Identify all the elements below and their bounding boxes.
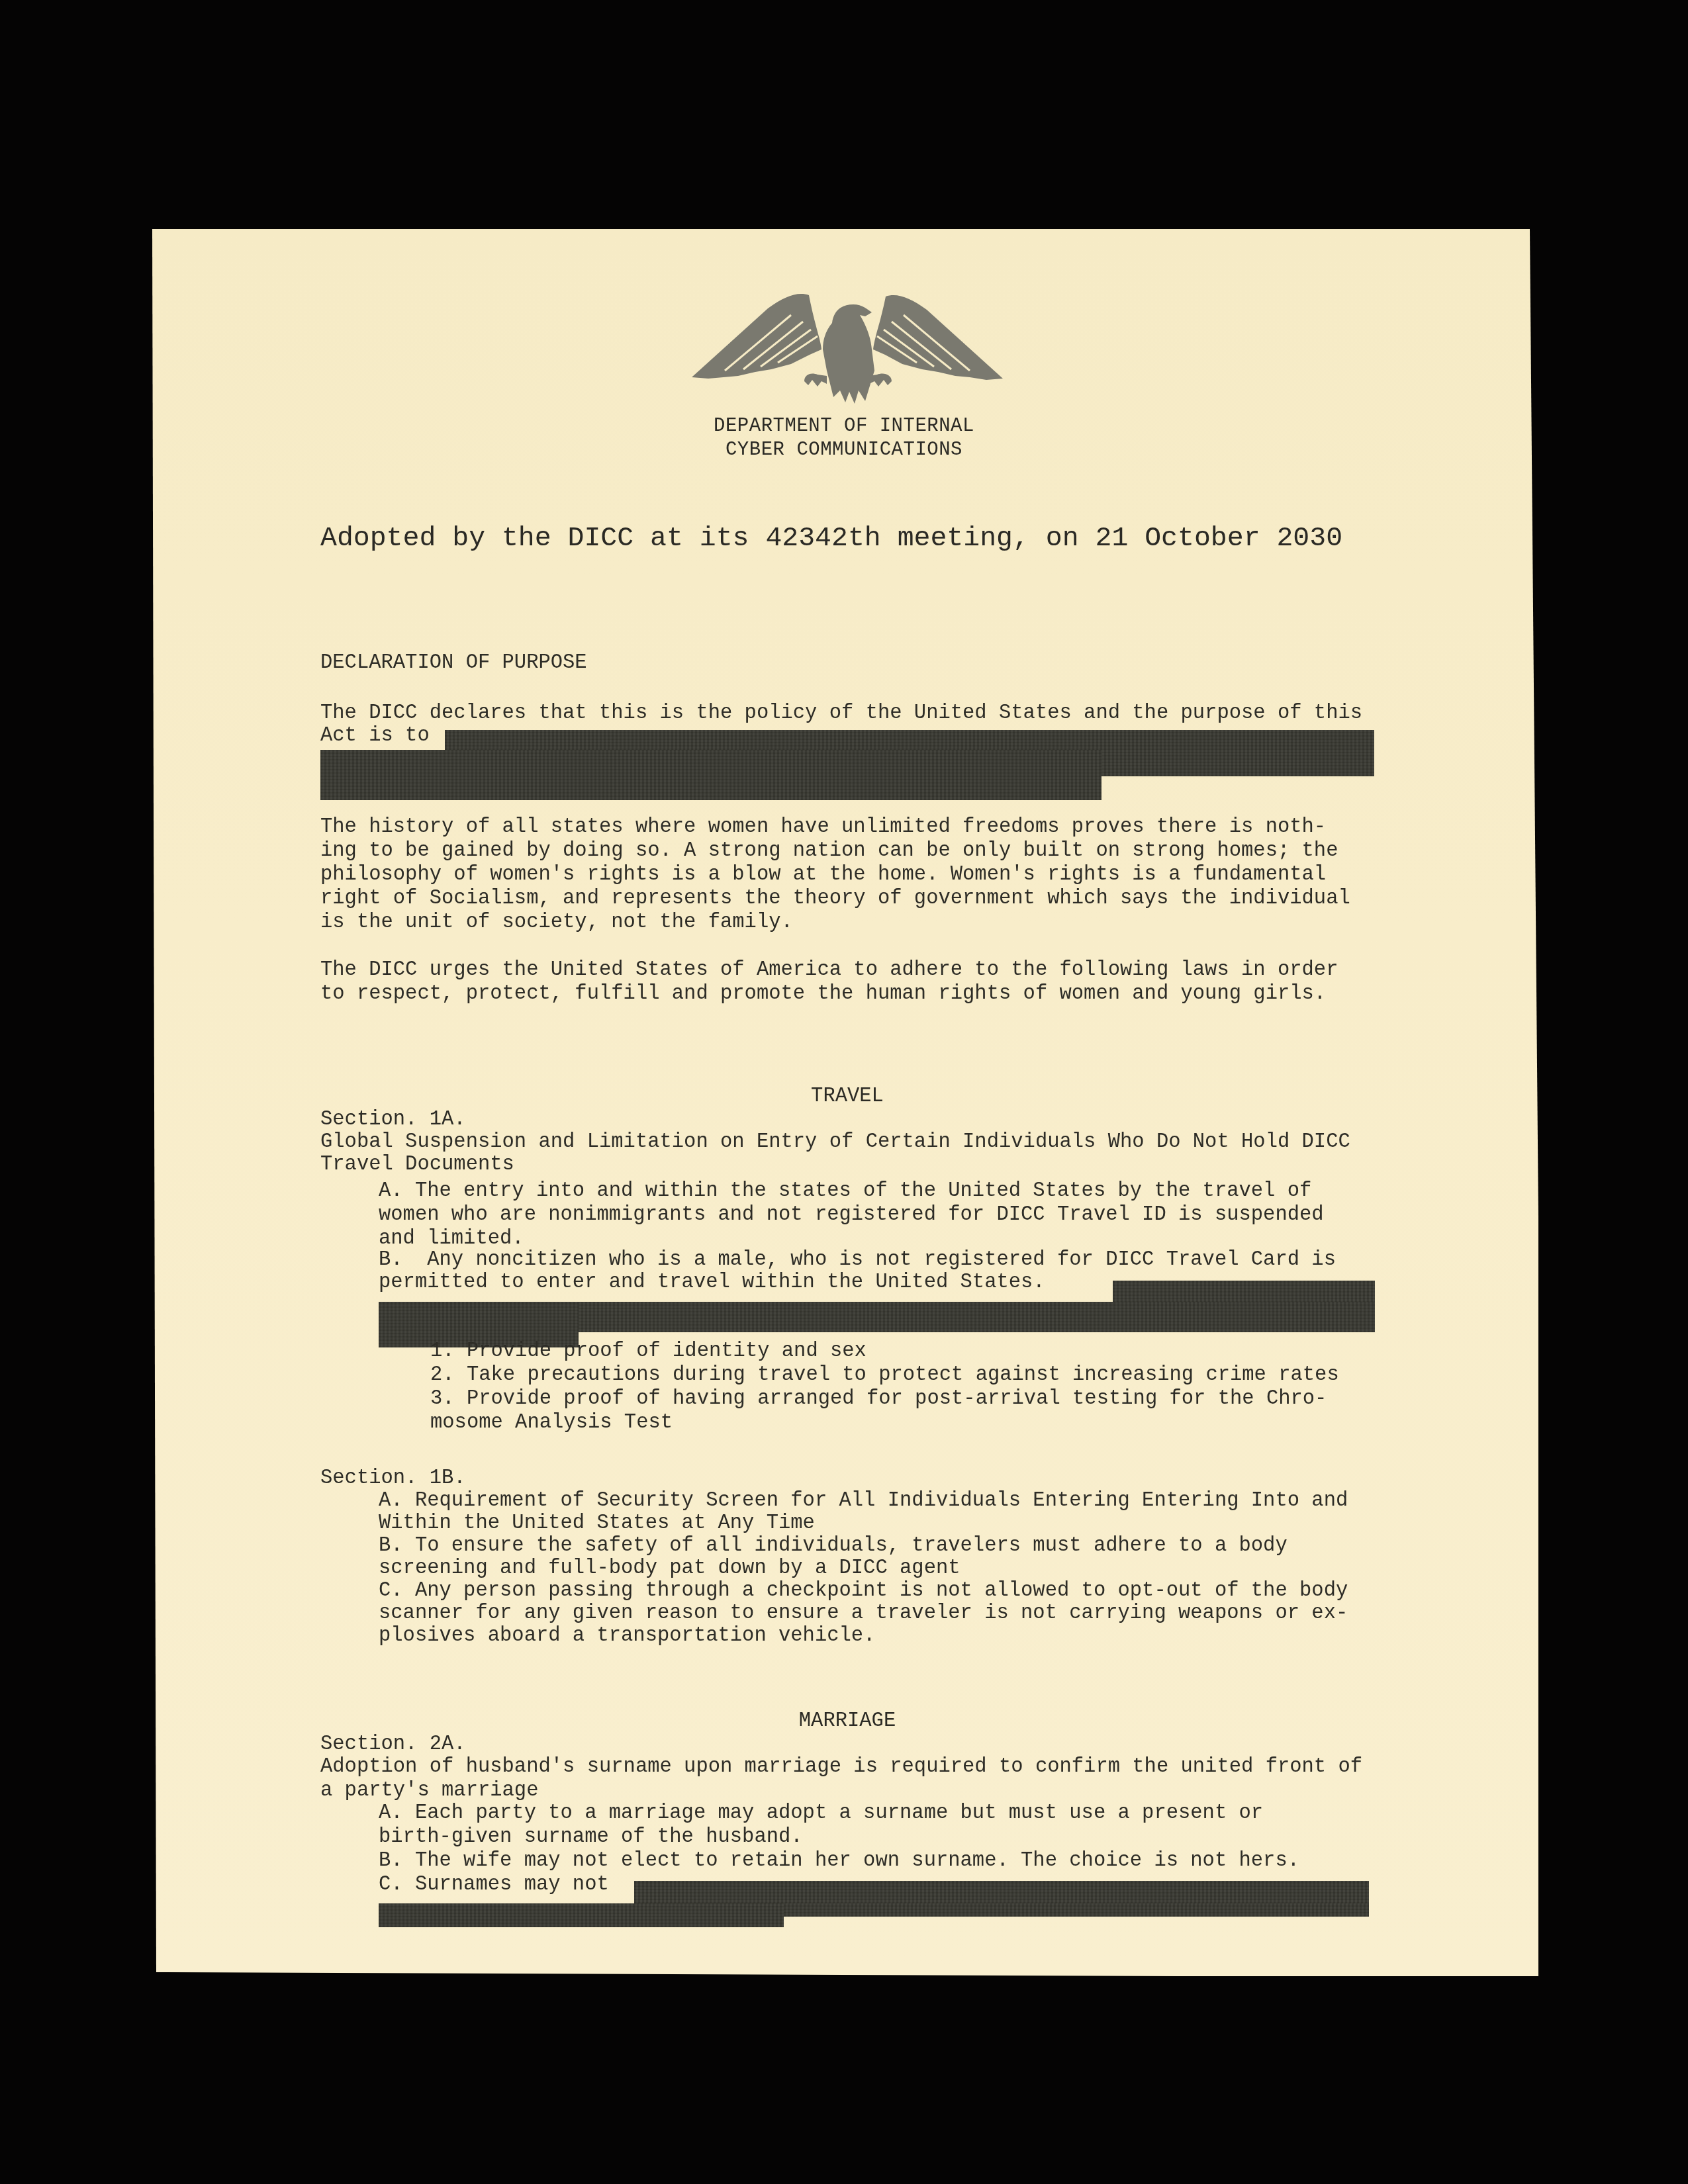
travel-heading: TRAVEL <box>320 1085 1374 1108</box>
declaration-heading: DECLARATION OF PURPOSE <box>320 651 587 675</box>
item-line: B. To ensure the safety of all individua… <box>379 1534 1288 1558</box>
document-title: Adopted by the DICC at its 42342th meeti… <box>320 523 1342 554</box>
section-2a-label: Section. 2A. <box>320 1733 466 1756</box>
item-line: and limited. <box>379 1227 524 1251</box>
item-line: Within the United States at Any Time <box>379 1512 815 1535</box>
eagle-seal-icon <box>692 271 1003 404</box>
item-line: A. Each party to a marriage may adopt a … <box>379 1801 1263 1825</box>
item-line: A. Requirement of Security Screen for Al… <box>379 1489 1348 1513</box>
item-line: B. Any noncitizen who is a male, who is … <box>379 1248 1336 1272</box>
list-item: 3. Provide proof of having arranged for … <box>430 1387 1327 1411</box>
department-name-line1: DEPARTMENT OF INTERNAL <box>0 414 1688 438</box>
declaration-paragraph-line: The DICC declares that this is the polic… <box>320 702 1362 725</box>
item-line: plosives aboard a transportation vehicle… <box>379 1624 875 1648</box>
declaration-paragraph-line: Act is to <box>320 724 430 748</box>
paragraph-line: to respect, protect, fulfill and promote… <box>320 982 1326 1006</box>
item-line: permitted to enter and travel within the… <box>379 1271 1045 1295</box>
item-line: A. The entry into and within the states … <box>379 1179 1311 1203</box>
item-line: screening and full-body pat down by a DI… <box>379 1557 961 1580</box>
section-1a-label: Section. 1A. <box>320 1108 466 1132</box>
item-line: birth-given surname of the husband. <box>379 1825 803 1849</box>
section-1b-label: Section. 1B. <box>320 1467 466 1490</box>
department-name-line2: CYBER COMMUNICATIONS <box>0 438 1688 462</box>
redaction-bar <box>379 1903 784 1927</box>
item-line: scanner for any given reason to ensure a… <box>379 1602 1348 1625</box>
item-line: B. The wife may not elect to retain her … <box>379 1849 1299 1873</box>
paragraph-line: ing to be gained by doing so. A strong n… <box>320 839 1338 863</box>
list-item: 2. Take precautions during travel to pro… <box>430 1363 1339 1387</box>
section-title-line: Adoption of husband's surname upon marri… <box>320 1755 1362 1779</box>
redaction-bar <box>320 750 1102 800</box>
item-line: C. Surnames may not <box>379 1873 609 1897</box>
item-line: C. Any person passing through a checkpoi… <box>379 1579 1348 1603</box>
section-title-line: a party's marriage <box>320 1779 538 1803</box>
section-title-line: Global Suspension and Limitation on Entr… <box>320 1130 1350 1154</box>
section-title-line: Travel Documents <box>320 1153 514 1177</box>
paragraph-line: The history of all states where women ha… <box>320 815 1326 839</box>
list-item: 1. Provide proof of identity and sex <box>430 1340 867 1363</box>
paragraph-line: philosophy of women's rights is a blow a… <box>320 863 1326 887</box>
paragraph-line: right of Socialism, and represents the t… <box>320 887 1350 911</box>
paragraph-line: is the unit of society, not the family. <box>320 911 793 934</box>
marriage-heading: MARRIAGE <box>320 1710 1374 1733</box>
item-line: women who are nonimmigrants and not regi… <box>379 1203 1324 1227</box>
paragraph-line: The DICC urges the United States of Amer… <box>320 958 1338 982</box>
list-item: mosome Analysis Test <box>430 1411 673 1435</box>
